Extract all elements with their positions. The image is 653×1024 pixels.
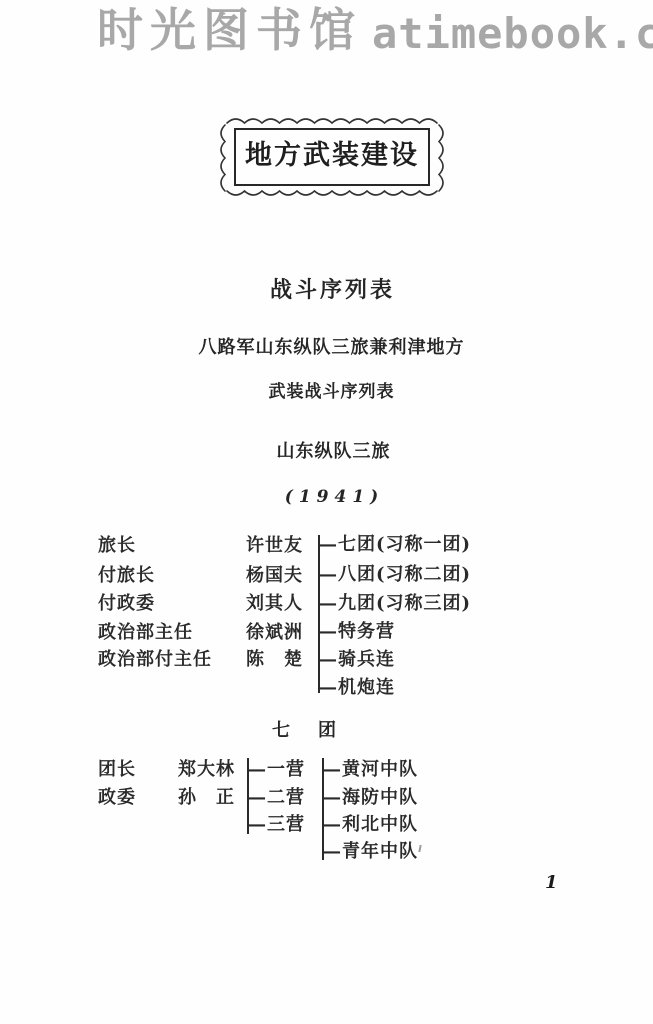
year-label: (1941) (0, 487, 653, 507)
section-title-regiment: 七 团 (272, 721, 341, 741)
brigade-unit: —九团(习称三团) (319, 594, 471, 614)
squadron-item: —黄河中队 (323, 760, 418, 780)
subtitle-line2: 武装战斗序列表 (0, 382, 653, 402)
stamp-box: 地方武装建设 (218, 114, 446, 200)
subtitle-line1: 八路军山东纵队三旅兼利津地方 (0, 338, 653, 358)
officer-name: 孙 正 (178, 788, 235, 808)
battalion-item: —一营 (248, 760, 305, 780)
watermark-latin: atimebook.c (372, 10, 653, 58)
section-title-brigade: 山东纵队三旅 (0, 442, 653, 462)
squadron-item: —青年中队 (323, 842, 418, 862)
officer-title: 政治部主任 (98, 623, 193, 643)
scan-noise-mark (418, 845, 421, 852)
brigade-unit: —骑兵连 (319, 650, 395, 670)
officer-name: 杨国夫 (246, 566, 303, 586)
officer-title: 付政委 (98, 594, 155, 614)
watermark-chinese: 时光图书馆 (97, 4, 362, 56)
officer-title: 旅长 (98, 536, 136, 556)
officer-name: 郑大林 (178, 760, 235, 780)
stamp-box-title: 地方武装建设 (218, 140, 446, 172)
brigade-unit: —八团(习称二团) (319, 565, 471, 585)
officer-title: 团长 (98, 760, 136, 780)
officer-name: 刘其人 (246, 594, 303, 614)
squadron-item: —海防中队 (323, 788, 418, 808)
brigade-unit: —七团(习称一团) (319, 535, 471, 555)
brigade-unit: —机炮连 (319, 678, 395, 698)
brigade-unit: —特务营 (319, 622, 395, 642)
main-title: 战斗序列表 (0, 278, 653, 302)
battalion-item: —二营 (248, 788, 305, 808)
officer-title: 付旅长 (98, 566, 155, 586)
officer-name: 徐斌洲 (246, 623, 303, 643)
page-number: 1 (545, 872, 558, 893)
officer-title: 政治部付主任 (98, 650, 212, 670)
officer-name: 陈 楚 (246, 650, 303, 670)
battalion-item: —三营 (248, 815, 305, 835)
scanned-book-page: 时光图书馆 atimebook.c 地方武装建设 战斗序列表 八路军山东纵队三旅… (0, 0, 653, 1024)
officer-name: 许世友 (246, 536, 303, 556)
officer-title: 政委 (98, 788, 136, 808)
squadron-item: —利北中队 (323, 815, 418, 835)
